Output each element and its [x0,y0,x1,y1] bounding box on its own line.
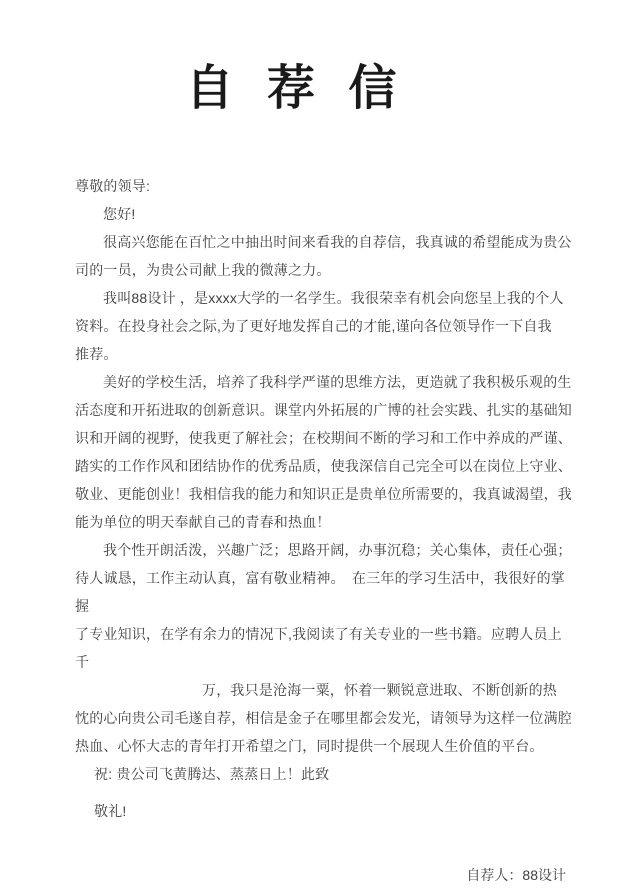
letter-line: 待人诚恳，工作主动认真，富有敬业精神。 在三年的学习生活中，我很好的掌握 [75,564,573,620]
letter-line: 很高兴您能在百忙之中抽出时间来看我的自荐信，我真诚的希望能成为贵公 [75,228,573,256]
letter-line: 美好的学校生活，培养了我科学严谨的思维方法，更造就了我积极乐观的生 [75,368,573,396]
letter-line: 资料。在投身社会之际,为了更好地发挥自己的才能,谨向各位领导作一下自我 [75,312,573,340]
letter-line: 我个性开朗活泼，兴趣广泛；思路开阔，办事沉稳；关心集体，责任心强； [75,536,573,564]
letter-line: 敬业、更能创业！我相信我的能力和知识正是贵单位所需要的，我真诚渴望，我 [75,480,573,508]
letter-line: 万，我只是沧海一粟，怀着一颗锐意进取、不断创新的热 [75,676,573,704]
closing-wish-line: 祝: 贵公司飞黄腾达、蒸蒸日上！此致 [75,760,573,788]
letter-body: 尊敬的领导:您好!很高兴您能在百忙之中抽出时间来看我的自荐信，我真诚的希望能成为… [75,172,573,760]
letter-line: 尊敬的领导: [75,172,573,200]
letter-line: 热血、心怀大志的青年打开希望之门，同时提供一个展现人生价值的平台。 [75,732,573,760]
letter-page: 自 荐 信 尊敬的领导:您好!很高兴您能在百忙之中抽出时间来看我的自荐信，我真诚… [0,0,630,891]
letter-line: 司的一员，为贵公司献上我的微薄之力。 [75,256,573,284]
signature-text: 自荐人：88设计 [466,867,566,883]
letter-line: 踏实的工作作风和团结协作的优秀品质，使我深信自己完全可以在岗位上守业、 [75,452,573,480]
letter-title: 自 荐 信 [0,0,630,118]
letter-line: 忱的心向贵公司毛遂自荐，相信是金子在哪里都会发光，请领导为这样一位满腔 [75,704,573,732]
letter-content: 尊敬的领导:您好!很高兴您能在百忙之中抽出时间来看我的自荐信，我真诚的希望能成为… [0,172,630,889]
letter-line: 您好! [75,200,573,228]
letter-line: 了专业知识，在学有余力的情况下,我阅读了有关专业的一些书籍。应聘人员上千 [75,620,573,676]
signature-row: 自荐人：88设计 [75,861,573,889]
letter-line: 活态度和开拓进取的创新意识。课堂内外拓展的广博的社会实践、扎实的基础知 [75,396,573,424]
salute-line: 敬礼! [75,797,573,825]
letter-line: 识和开阔的视野，使我更了解社会；在校期间不断的学习和工作中养成的严谨、 [75,424,573,452]
letter-line: 我叫88设计 ，是xxxx大学的一名学生。我很荣幸有机会向您呈上我的个人 [75,284,573,312]
letter-line: 推荐。 [75,340,573,368]
letter-line: 能为单位的明天奉献自己的青春和热血！ [75,508,573,536]
